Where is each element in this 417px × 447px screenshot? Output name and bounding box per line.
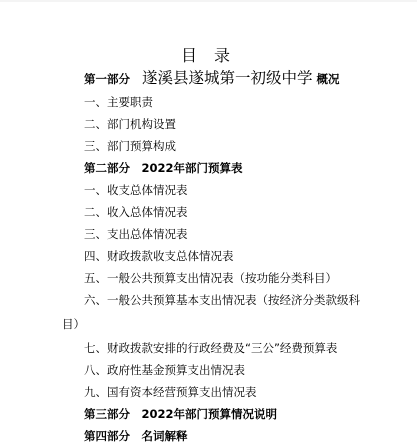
toc-item[interactable]: 四、财政拨款收支总体情况表 [84,248,234,264]
toc-item-continuation[interactable]: 目） [62,316,85,332]
toc-item[interactable]: 五、一般公共预算支出情况表（按功能分类科目） [84,270,337,286]
part2-heading[interactable]: 第二部分 2022年部门预算表 [84,160,243,176]
toc-title: 目 录 [0,45,417,67]
page-top-edge [0,0,417,2]
toc-item[interactable]: 一、主要职责 [84,94,153,110]
part1-name: 遂溪县遂城第一初级中学 [142,69,313,87]
toc-item[interactable]: 九、国有资本经营预算支出情况表 [84,384,257,400]
toc-item[interactable]: 三、支出总体情况表 [84,226,188,242]
part1-prefix: 第一部分 [84,72,130,86]
toc-item[interactable]: 八、政府性基金预算支出情况表 [84,362,245,378]
part3-heading[interactable]: 第三部分 2022年部门预算情况说明 [84,406,277,422]
toc-item[interactable]: 一、收支总体情况表 [84,182,188,198]
part1-heading: 第一部分 遂溪县遂城第一初级中学 概况 [84,70,340,87]
part1-suffix: 概况 [317,72,340,86]
part4-heading[interactable]: 第四部分 名词解释 [84,428,188,444]
toc-item[interactable]: 二、收入总体情况表 [84,204,188,220]
toc-item[interactable]: 六、一般公共预算基本支出情况表（按经济分类款级科 [84,292,360,308]
toc-item[interactable]: 三、部门预算构成 [84,138,176,154]
toc-item[interactable]: 二、部门机构设置 [84,116,176,132]
toc-item[interactable]: 七、财政拨款安排的行政经费及“三公”经费预算表 [84,340,337,356]
